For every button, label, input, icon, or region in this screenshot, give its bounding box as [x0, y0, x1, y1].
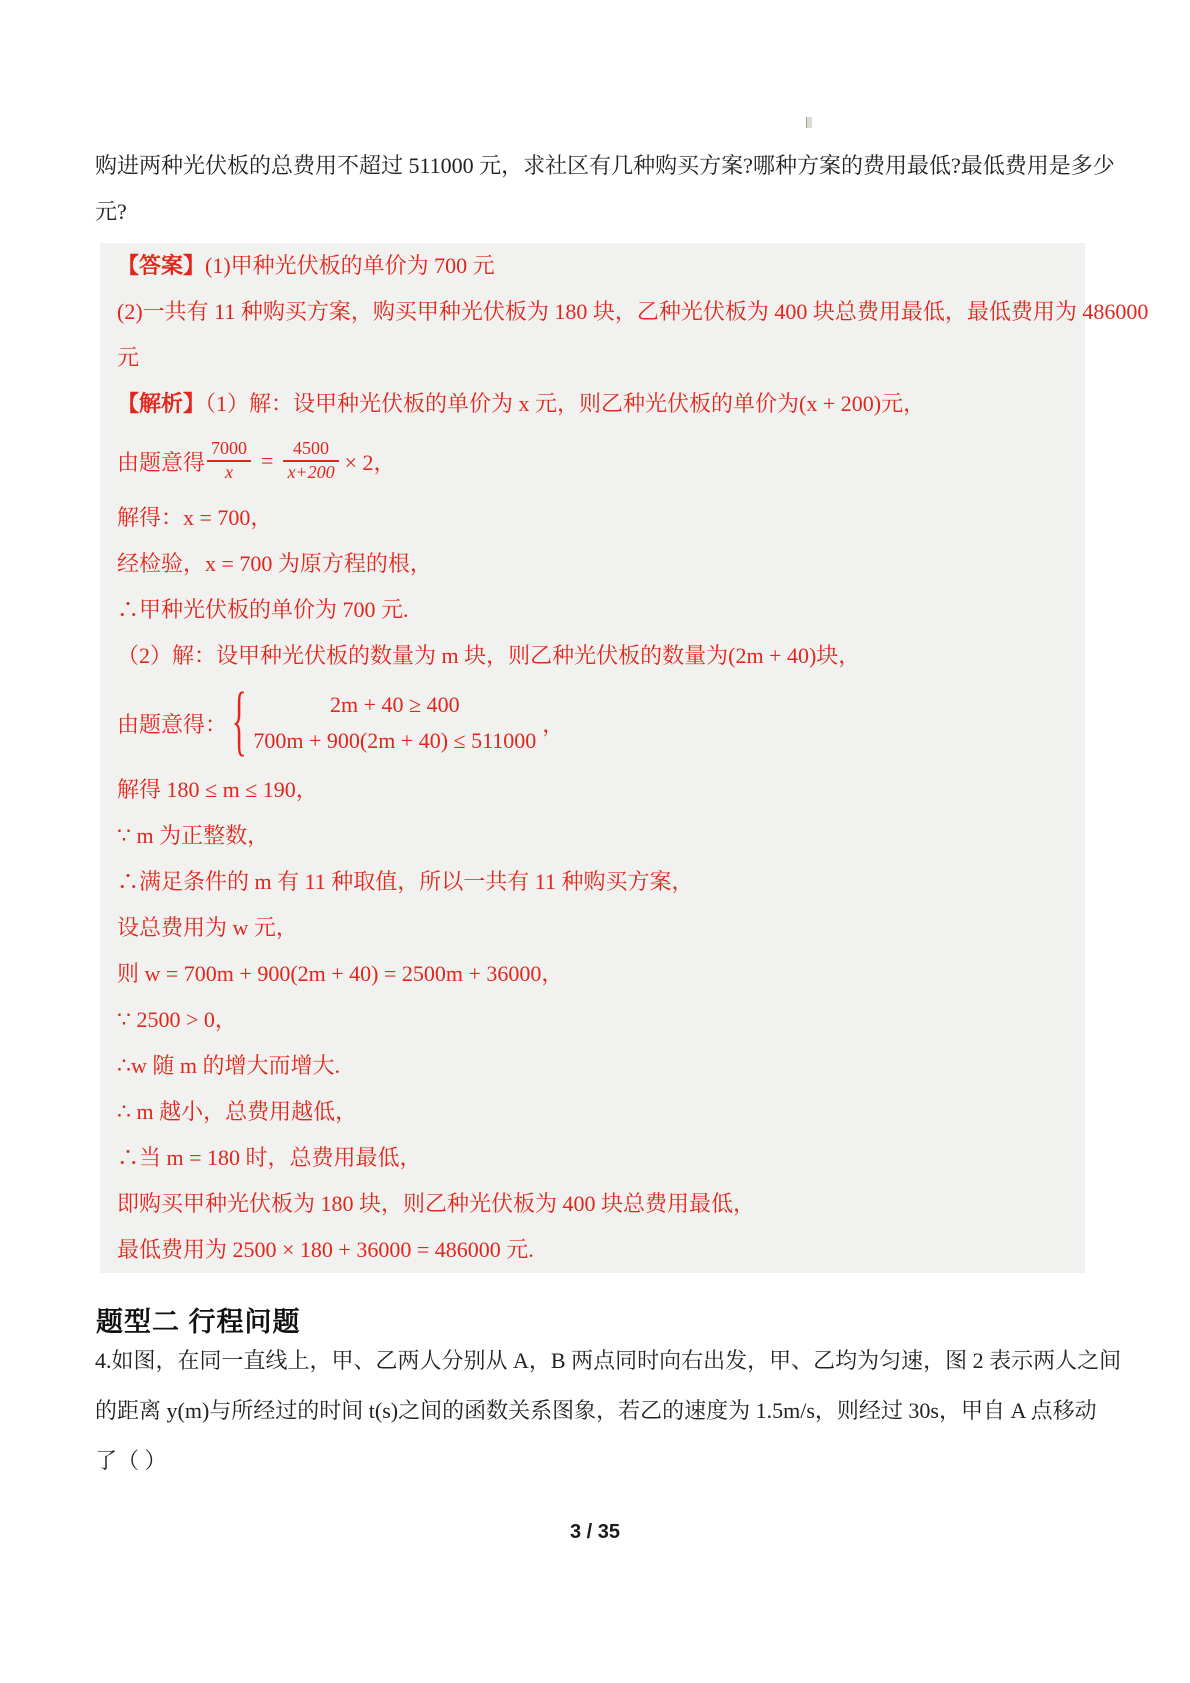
answer-part1-text: (1)甲种光伏板的单价为 700 元: [205, 253, 495, 278]
question-line: 4.如图，在同一直线上，甲、乙两人分别从 A，B 两点同时向右出发，甲、乙均为匀…: [95, 1336, 1105, 1386]
fraction-equation-line: 由题意得 7000 x = 4500 x+200 × 2，: [100, 427, 1085, 495]
solution-step: 经检验，x = 700 为原方程的根，: [100, 541, 1085, 587]
fraction-1-denominator: x: [207, 462, 251, 484]
fraction-2: 4500 x+200: [283, 438, 338, 483]
inequality-system-line: 由题意得： { 2m + 40 ≥ 400 700m + 900(2m + 40…: [100, 679, 1085, 767]
solution-step: 解得 180 ≤ m ≤ 190，: [100, 767, 1085, 813]
fraction-2-numerator: 4500: [283, 438, 338, 462]
inequality-system: 2m + 40 ≥ 400 700m + 900(2m + 40) ≤ 5110…: [253, 687, 536, 759]
solution-step: ∴满足条件的 m 有 11 种取值，所以一共有 11 种购买方案，: [100, 859, 1085, 905]
page-number: 3 / 35: [0, 1521, 1190, 1544]
solution-step: ∴w 随 m 的增大而增大.: [100, 1043, 1085, 1089]
question-line: 了（ ）: [95, 1436, 1105, 1486]
equals-sign: =: [261, 448, 273, 474]
answer-line: 元: [100, 335, 1085, 381]
equation-prefix: 由题意得: [117, 446, 205, 477]
solution-step: ∵ m 为正整数，: [100, 813, 1085, 859]
fraction-1: 7000 x: [207, 438, 251, 483]
question-line: 的距离 y(m)与所经过的时间 t(s)之间的函数关系图象，若乙的速度为 1.5…: [95, 1386, 1105, 1436]
question3-remainder-paragraph: 购进两种光伏板的总费用不超过 511000 元，求社区有几种购买方案?哪种方案的…: [95, 143, 1105, 235]
equation-suffix: × 2，: [345, 446, 396, 477]
analysis-label: 【解析】: [117, 391, 205, 416]
answer-solution-block: 【答案】(1)甲种光伏板的单价为 700 元 (2)一共有 11 种购买方案，购…: [100, 243, 1085, 1273]
question4-paragraph: 4.如图，在同一直线上，甲、乙两人分别从 A，B 两点同时向右出发，甲、乙均为匀…: [95, 1336, 1105, 1486]
solution-step: 即购买甲种光伏板为 180 块，则乙种光伏板为 400 块总费用最低，: [100, 1181, 1085, 1227]
solution-step: ∴当 m = 180 时，总费用最低，: [100, 1135, 1085, 1181]
analysis-line: 【解析】（1）解：设甲种光伏板的单价为 x 元，则乙种光伏板的单价为(x + 2…: [100, 381, 1085, 427]
system-prefix: 由题意得：: [117, 708, 227, 739]
left-brace-icon: {: [232, 679, 247, 766]
intro-line: 购进两种光伏板的总费用不超过 511000 元，求社区有几种购买方案?哪种方案的…: [95, 143, 1105, 189]
answer-line: 【答案】(1)甲种光伏板的单价为 700 元: [100, 243, 1085, 289]
section-heading: 题型二 行程问题: [96, 1300, 301, 1339]
solution-step: ∴ m 越小，总费用越低，: [100, 1089, 1085, 1135]
solution-step: 则 w = 700m + 900(2m + 40) = 2500m + 3600…: [100, 951, 1085, 997]
fraction-1-numerator: 7000: [207, 438, 251, 462]
answer-line: (2)一共有 11 种购买方案，购买甲种光伏板为 180 块，乙种光伏板为 40…: [100, 289, 1085, 335]
solution-step: ∵ 2500 > 0，: [100, 997, 1085, 1043]
document-page: 购进两种光伏板的总费用不超过 511000 元，求社区有几种购买方案?哪种方案的…: [0, 0, 1190, 1683]
inequality-2: 700m + 900(2m + 40) ≤ 511000: [253, 723, 536, 759]
inequality-1: 2m + 40 ≥ 400: [253, 687, 536, 723]
solution-step: 设总费用为 w 元，: [100, 905, 1085, 951]
analysis-part1-intro: （1）解：设甲种光伏板的单价为 x 元，则乙种光伏板的单价为(x + 200)元…: [205, 391, 925, 416]
solution-step: 最低费用为 2500 × 180 + 36000 = 486000 元.: [100, 1227, 1085, 1273]
scan-artifact-mark: [806, 117, 812, 128]
solution-step: 解得：x = 700，: [100, 495, 1085, 541]
part2-intro-line: （2）解：设甲种光伏板的数量为 m 块，则乙种光伏板的数量为(2m + 40)块…: [100, 633, 1085, 679]
answer-label: 【答案】: [117, 253, 205, 278]
fraction-2-denominator: x+200: [283, 462, 338, 484]
solution-step: ∴甲种光伏板的单价为 700 元.: [100, 587, 1085, 633]
system-suffix: ，: [542, 708, 564, 739]
intro-line: 元?: [95, 189, 1105, 235]
